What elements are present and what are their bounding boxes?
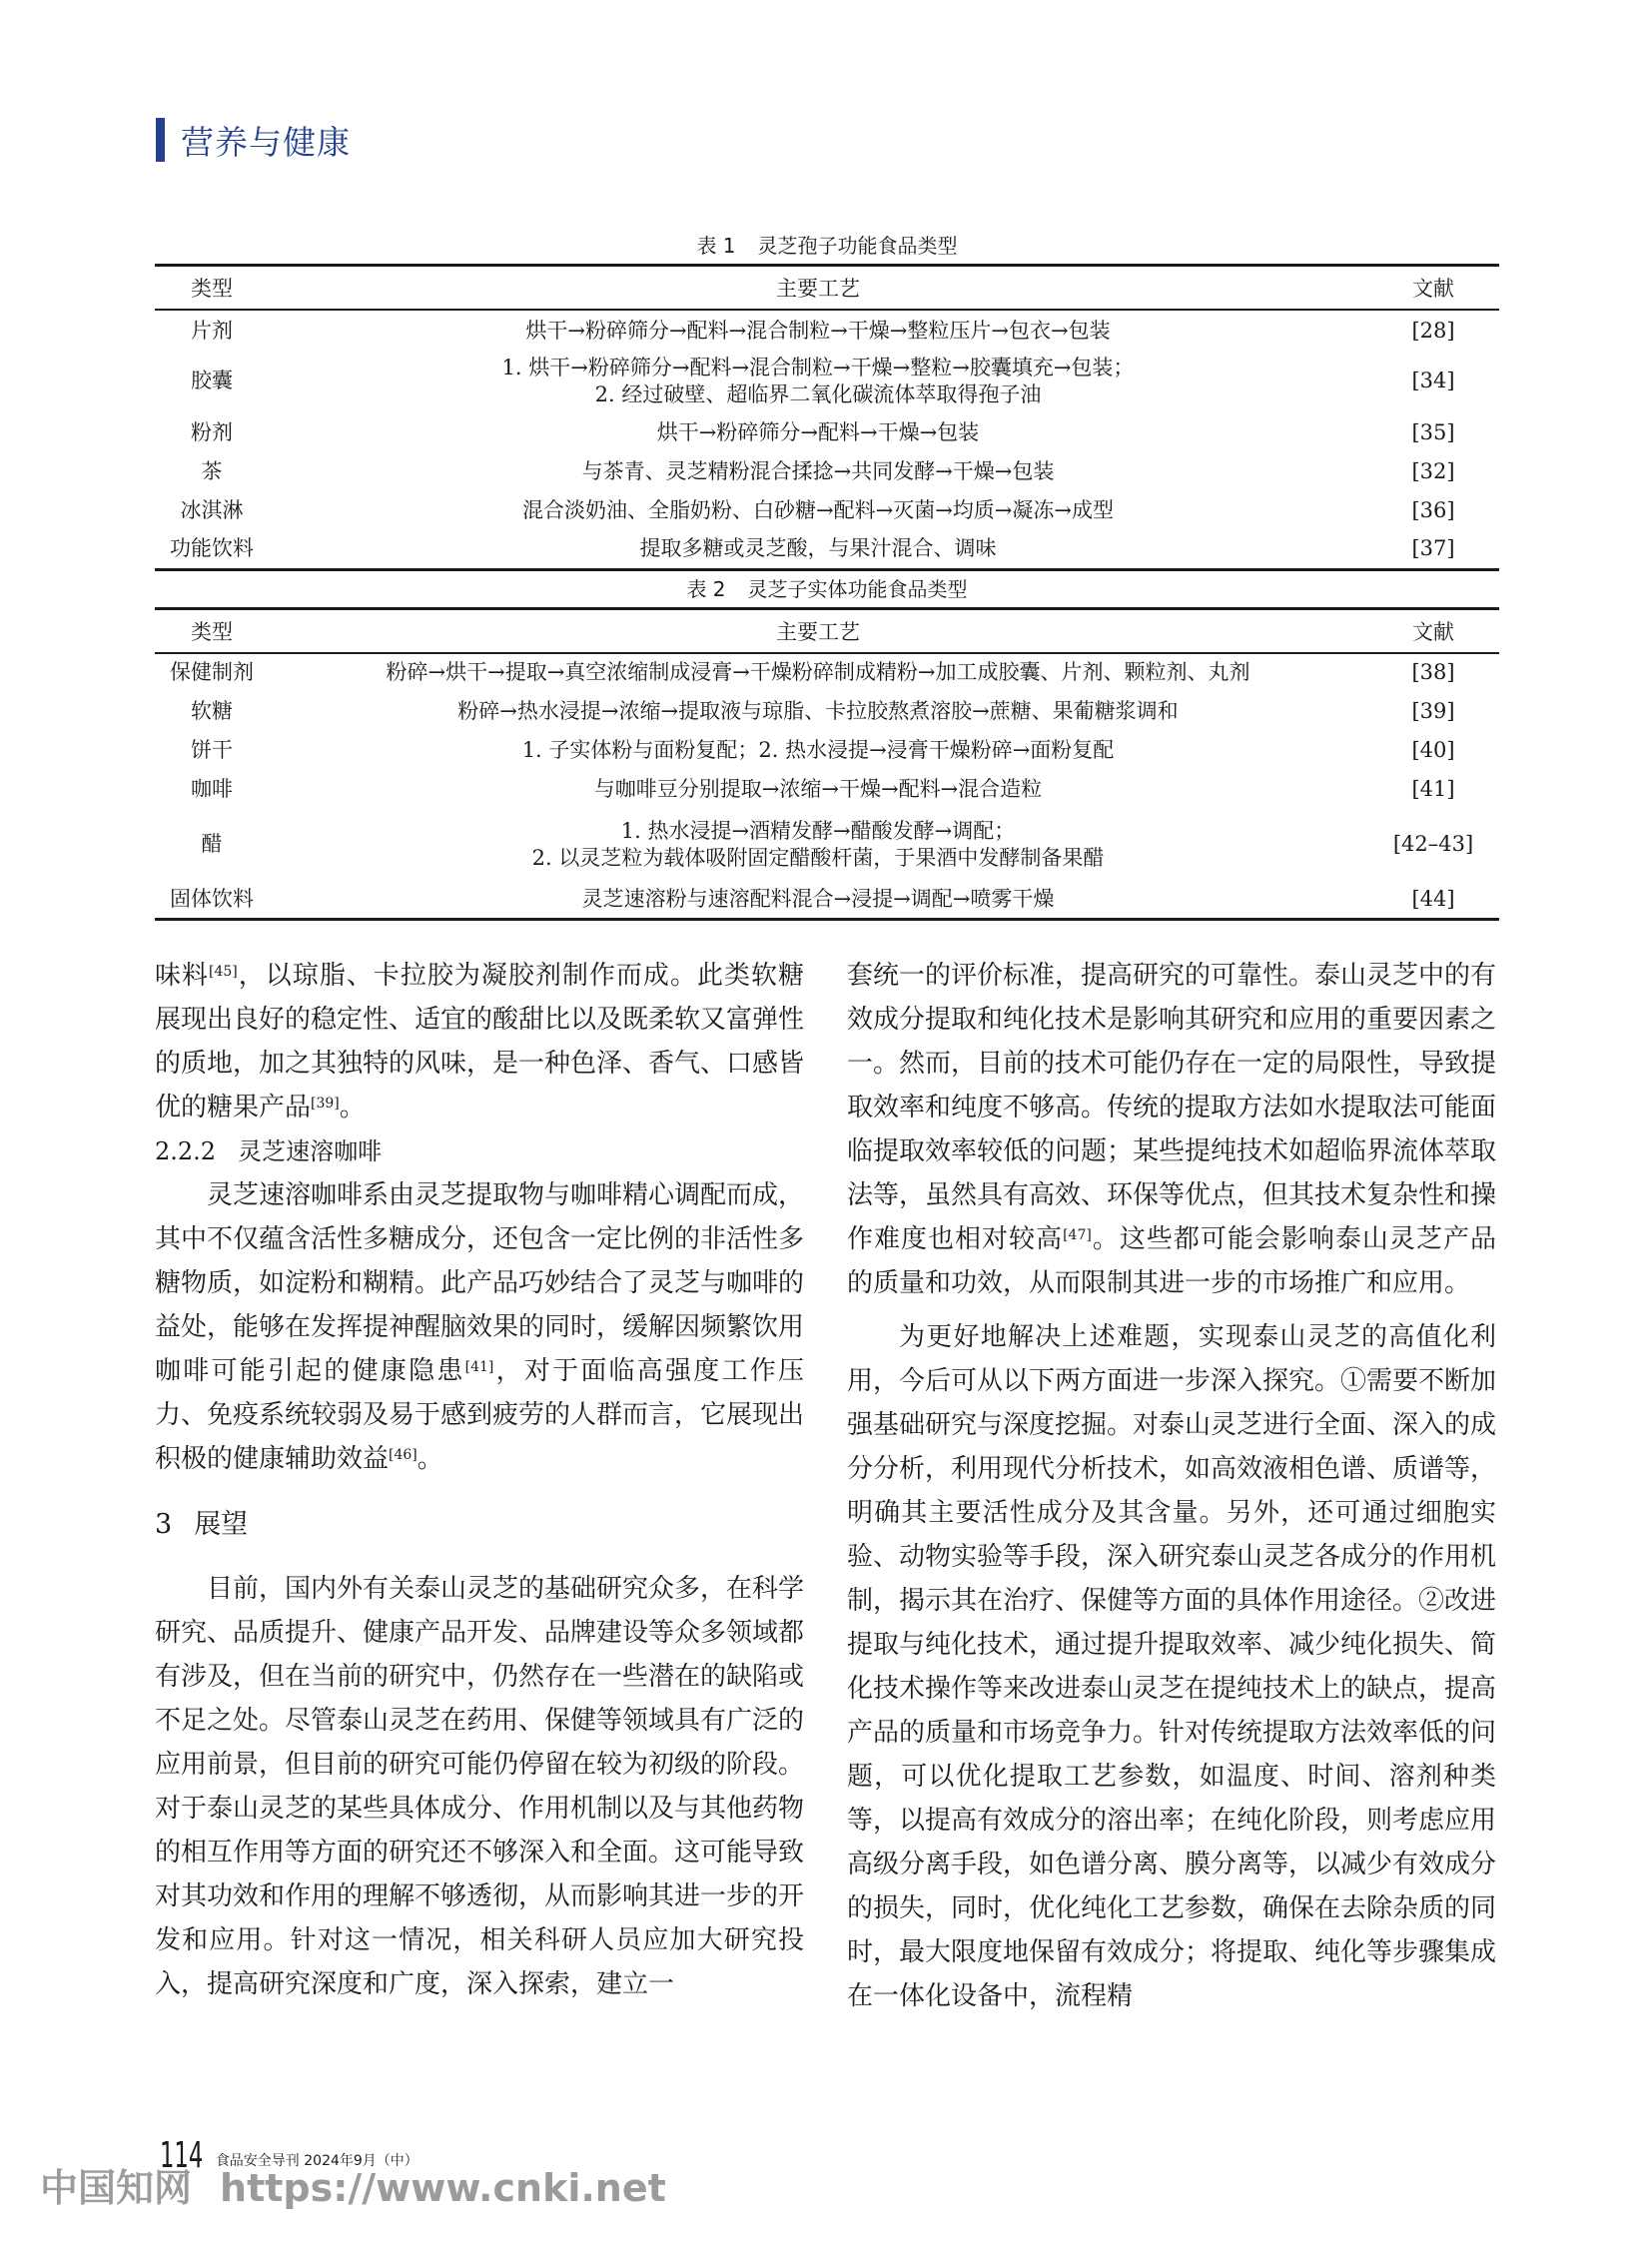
watermark-url[interactable]: https://www.cnki.net (220, 2166, 666, 2210)
cell-process: 与咖啡豆分别提取→浓缩→干燥→配料→混合造粒 (269, 770, 1367, 809)
section-number: 3 (155, 1509, 172, 1540)
table-row: 粉剂 烘干→粉碎筛分→配料→干燥→包装 [35] (155, 413, 1499, 452)
section-heading-title: 展望 (194, 1509, 248, 1540)
section-title: 营养与健康 (181, 117, 351, 164)
paragraph-gap (847, 1305, 1496, 1315)
table-row: 胶囊 1. 烘干→粉碎筛分→配料→混合制粒→干燥→整粒→胶囊填充→包装； 2. … (155, 349, 1499, 413)
table1-caption-number: 表 1 (696, 234, 735, 258)
cell-ref: [41] (1367, 770, 1499, 809)
cell-type: 醋 (155, 809, 269, 881)
table1-col-process: 主要工艺 (269, 266, 1367, 311)
cell-process-line-2: 2. 经过破壁、超临界二氧化碳流体萃取得孢子油 (270, 381, 1366, 408)
table-row: 咖啡 与咖啡豆分别提取→浓缩→干燥→配料→混合造粒 [41] (155, 770, 1499, 809)
cell-process-line-1: 1. 热水浸提→酒精发酵→醋酸发酵→调配； (270, 818, 1366, 845)
cell-process: 与茶青、灵芝精粉混合揉捻→共同发酵→干燥→包装 (269, 452, 1367, 491)
cell-type: 茶 (155, 452, 269, 491)
table1-col-type: 类型 (155, 266, 269, 311)
cell-process-line-2: 2. 以灵芝粒为载体吸附固定醋酸杆菌，于果酒中发酵制备果醋 (270, 845, 1366, 872)
cell-type: 功能饮料 (155, 530, 269, 569)
section-accent-bar (156, 118, 165, 162)
cell-type: 保健制剂 (155, 653, 269, 692)
cell-process: 1. 子实体粉与面粉复配；2. 热水浸提→浸膏干燥粉碎→面粉复配 (269, 731, 1367, 770)
table2-col-process: 主要工艺 (269, 608, 1367, 653)
subsection-heading: 2.2.2灵芝速溶咖啡 (155, 1129, 804, 1173)
table2: 类型 主要工艺 文献 保健制剂 粉碎→烘干→提取→真空浓缩制成浸膏→干燥粉碎制成… (155, 607, 1499, 922)
cell-ref: [34] (1367, 349, 1499, 413)
table1-caption-title: 灵芝孢子功能食品类型 (758, 234, 958, 258)
section-header: 营养与健康 (156, 118, 351, 162)
right-column: 套统一的评价标准，提高研究的可靠性。泰山灵芝中的有效成分提取和纯化技术是影响其研… (847, 954, 1496, 2018)
text: 味料 (155, 961, 209, 991)
table2-caption-title: 灵芝子实体功能食品类型 (748, 577, 968, 601)
table-row: 固体饮料 灵芝速溶粉与速溶配料混合→浸提→调配→喷雾干燥 [44] (155, 881, 1499, 920)
text: 。 (340, 1093, 366, 1122)
cell-process: 灵芝速溶粉与速溶配料混合→浸提→调配→喷雾干燥 (269, 881, 1367, 920)
table1-col-ref: 文献 (1367, 266, 1499, 311)
watermark-text: 中国知网 (40, 2166, 192, 2210)
cell-ref: [35] (1367, 413, 1499, 452)
cell-process: 1. 烘干→粉碎筛分→配料→混合制粒→干燥→整粒→胶囊填充→包装； 2. 经过破… (269, 349, 1367, 413)
cell-type: 冰淇淋 (155, 491, 269, 530)
cell-process: 混合淡奶油、全脂奶粉、白砂糖→配料→灭菌→均质→凝冻→成型 (269, 491, 1367, 530)
cell-process: 粉碎→烘干→提取→真空浓缩制成浸膏→干燥粉碎制成精粉→加工成胶囊、片剂、颗粒剂、… (269, 653, 1367, 692)
cell-process: 烘干→粉碎筛分→配料→干燥→包装 (269, 413, 1367, 452)
text: 套统一的评价标准，提高研究的可靠性。泰山灵芝中的有效成分提取和纯化技术是影响其研… (847, 961, 1496, 1254)
cell-process: 1. 热水浸提→酒精发酵→醋酸发酵→调配； 2. 以灵芝粒为载体吸附固定醋酸杆菌… (269, 809, 1367, 881)
section-heading: 3展望 (155, 1503, 804, 1547)
table1-caption: 表 1灵芝孢子功能食品类型 (155, 228, 1499, 264)
citation: [41] (465, 1359, 494, 1375)
cell-process: 粉碎→热水浸提→浓缩→提取液与琼脂、卡拉胶熬煮溶胶→蔗糖、果葡糖浆调和 (269, 692, 1367, 731)
table-row: 软糖 粉碎→热水浸提→浓缩→提取液与琼脂、卡拉胶熬煮溶胶→蔗糖、果葡糖浆调和 [… (155, 692, 1499, 731)
table2-col-ref: 文献 (1367, 608, 1499, 653)
cell-ref: [36] (1367, 491, 1499, 530)
table2-header-row: 类型 主要工艺 文献 (155, 608, 1499, 653)
citation: [46] (389, 1447, 417, 1463)
citation: [45] (209, 964, 238, 980)
cell-type: 固体饮料 (155, 881, 269, 920)
cell-type: 软糖 (155, 692, 269, 731)
cell-ref: [28] (1367, 310, 1499, 349)
paragraph: 为更好地解决上述难题，实现泰山灵芝的高值化利用，今后可从以下两方面进一步深入探究… (847, 1315, 1496, 2018)
cell-ref: [42–43] (1367, 809, 1499, 881)
cell-process-line-1: 1. 烘干→粉碎筛分→配料→混合制粒→干燥→整粒→胶囊填充→包装； (270, 355, 1366, 381)
paragraph: 灵芝速溶咖啡系由灵芝提取物与咖啡精心调配而成，其中不仅蕴含活性多糖成分，还包含一… (155, 1173, 804, 1481)
table-row: 茶 与茶青、灵芝精粉混合揉捻→共同发酵→干燥→包装 [32] (155, 452, 1499, 491)
table-row: 冰淇淋 混合淡奶油、全脂奶粉、白砂糖→配料→灭菌→均质→凝冻→成型 [36] (155, 491, 1499, 530)
citation: [39] (311, 1096, 340, 1112)
cell-ref: [44] (1367, 881, 1499, 920)
cell-type: 片剂 (155, 310, 269, 349)
cnki-watermark: 中国知网https://www.cnki.net (40, 2157, 666, 2212)
table1-header-row: 类型 主要工艺 文献 (155, 266, 1499, 311)
subsection-number: 2.2.2 (155, 1137, 216, 1165)
cell-ref: [39] (1367, 692, 1499, 731)
table-row: 片剂 烘干→粉碎筛分→配料→混合制粒→干燥→整粒压片→包衣→包装 [28] (155, 310, 1499, 349)
table1: 类型 主要工艺 文献 片剂 烘干→粉碎筛分→配料→混合制粒→干燥→整粒压片→包衣… (155, 264, 1499, 571)
cell-type: 咖啡 (155, 770, 269, 809)
table-row: 保健制剂 粉碎→烘干→提取→真空浓缩制成浸膏→干燥粉碎制成精粉→加工成胶囊、片剂… (155, 653, 1499, 692)
cell-ref: [38] (1367, 653, 1499, 692)
cell-process: 提取多糖或灵芝酸，与果汁混合、调味 (269, 530, 1367, 569)
cell-ref: [37] (1367, 530, 1499, 569)
cell-type: 胶囊 (155, 349, 269, 413)
left-column: 味料[45]，以琼脂、卡拉胶为凝胶剂制作而成。此类软糖展现出良好的稳定性、适宜的… (155, 954, 804, 2006)
cell-ref: [40] (1367, 731, 1499, 770)
subsection-title: 灵芝速溶咖啡 (238, 1137, 382, 1165)
citation: [47] (1063, 1227, 1092, 1243)
table-row: 功能饮料 提取多糖或灵芝酸，与果汁混合、调味 [37] (155, 530, 1499, 569)
tables-block: 表 1灵芝孢子功能食品类型 类型 主要工艺 文献 片剂 烘干→粉碎筛分→配料→混… (155, 228, 1499, 921)
table2-caption-number: 表 2 (686, 577, 725, 601)
cell-type: 饼干 (155, 731, 269, 770)
paragraph: 目前，国内外有关泰山灵芝的基础研究众多，在科学研究、品质提升、健康产品开发、品牌… (155, 1567, 804, 2006)
table-row: 饼干 1. 子实体粉与面粉复配；2. 热水浸提→浸膏干燥粉碎→面粉复配 [40] (155, 731, 1499, 770)
text: 。 (417, 1444, 443, 1474)
paragraph: 味料[45]，以琼脂、卡拉胶为凝胶剂制作而成。此类软糖展现出良好的稳定性、适宜的… (155, 954, 804, 1129)
cell-process: 烘干→粉碎筛分→配料→混合制粒→干燥→整粒压片→包衣→包装 (269, 310, 1367, 349)
cell-ref: [32] (1367, 452, 1499, 491)
cell-type: 粉剂 (155, 413, 269, 452)
paragraph: 套统一的评价标准，提高研究的可靠性。泰山灵芝中的有效成分提取和纯化技术是影响其研… (847, 954, 1496, 1305)
text: ，以琼脂、卡拉胶为凝胶剂制作而成。此类软糖展现出良好的稳定性、适宜的酸甜比以及既… (155, 961, 804, 1122)
table2-col-type: 类型 (155, 608, 269, 653)
table2-caption: 表 2灵芝子实体功能食品类型 (155, 571, 1499, 607)
table-row: 醋 1. 热水浸提→酒精发酵→醋酸发酵→调配； 2. 以灵芝粒为载体吸附固定醋酸… (155, 809, 1499, 881)
